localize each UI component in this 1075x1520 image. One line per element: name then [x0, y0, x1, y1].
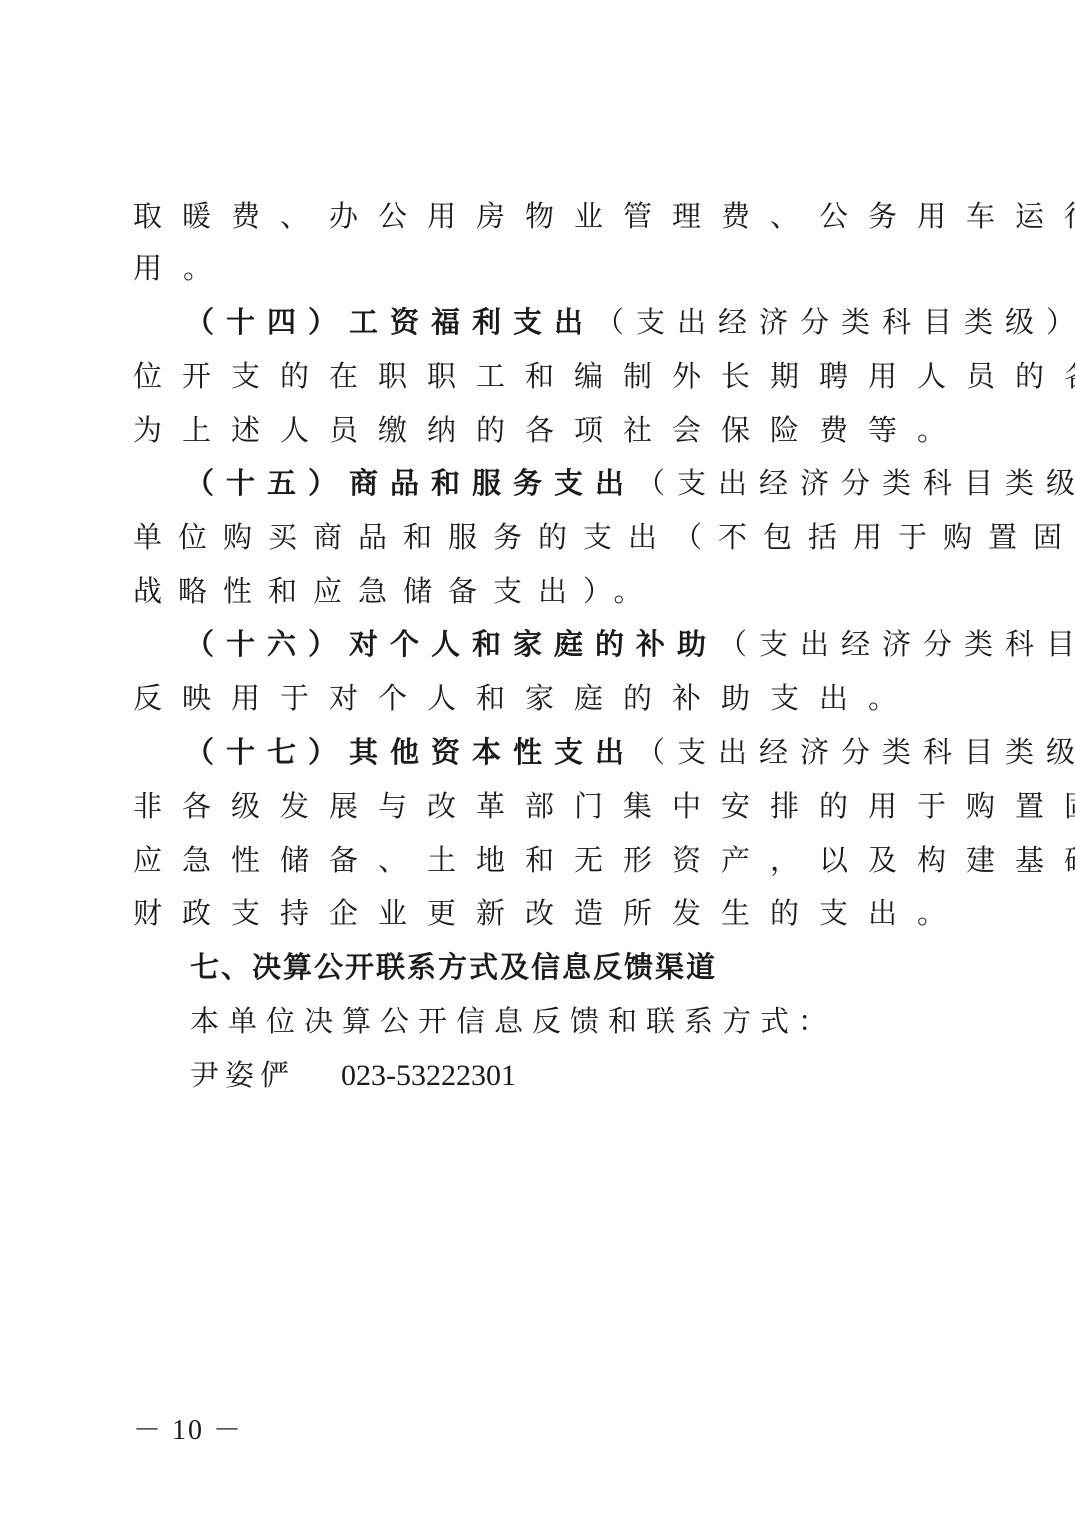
paragraph-line: 战略性和应急储备支出）。: [133, 571, 659, 611]
item-17-title: （十七）其他资本性支出: [185, 735, 636, 769]
item-14-heading: （十四）工资福利支出（支出经济分类科目类级）：反映单: [185, 302, 1075, 342]
paragraph-line: 为上述人员缴纳的各项社会保险费等。: [133, 410, 966, 450]
paragraph-line: 应急性储备、土地和无形资产，以及构建基础设施、大型修缮和: [133, 840, 1075, 880]
item-14-title: （十四）工资福利支出: [185, 305, 595, 339]
item-16-title: （十六）对个人和家庭的补助: [185, 627, 718, 661]
section-heading: 七、决算公开联系方式及信息反馈渠道: [190, 947, 717, 987]
document-page: 取暖费、办公用房物业管理费、公务用车运行维护费以及其他费 用。 （十四）工资福利…: [0, 0, 1075, 1520]
contact-phone: 023-53222301: [341, 1059, 516, 1092]
item-17-heading: （十七）其他资本性支出（支出经济分类科目类级）：反映: [185, 732, 1075, 772]
paragraph-line: 非各级发展与改革部门集中安排的用于购置固定资产、战略性和: [133, 786, 1075, 826]
paragraph-line: 取暖费、办公用房物业管理费、公务用车运行维护费以及其他费: [133, 196, 1075, 236]
item-15-heading: （十五）商品和服务支出（支出经济分类科目类级）：反映: [185, 463, 1075, 503]
paragraph-line: 用。: [133, 248, 233, 288]
page-number: － 10 －: [133, 1408, 243, 1448]
contact-line: 尹姿俨023-53222301: [190, 1055, 516, 1096]
contact-name: 尹姿俨: [190, 1058, 295, 1092]
contact-intro: 本单位决算公开信息反馈和联系方式：: [190, 1001, 836, 1041]
paragraph-line: 反映用于对个人和家庭的补助支出。: [133, 678, 917, 718]
item-16-heading: （十六）对个人和家庭的补助（支出经济分类科目类级）：: [185, 624, 1075, 664]
paragraph-line: 财政支持企业更新改造所发生的支出。: [133, 893, 966, 933]
paragraph-line: 单位购买商品和服务的支出（不包括用于购置固定资产的支出、: [133, 517, 1075, 557]
item-15-title: （十五）商品和服务支出: [185, 466, 636, 500]
paragraph-line: 位开支的在职职工和编制外长期聘用人员的各类劳动报酬，以及: [133, 356, 1075, 396]
